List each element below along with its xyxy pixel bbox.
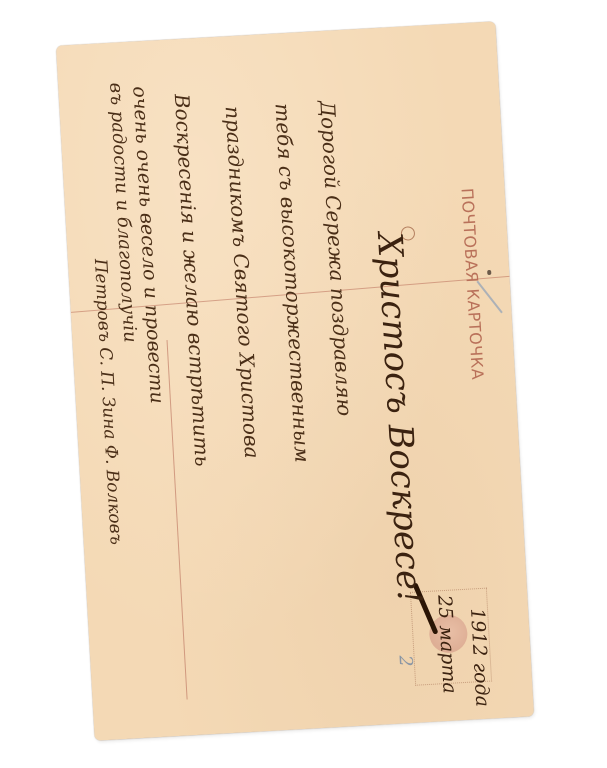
postcard-heading: ПОЧТОВАЯ КАРТОЧКА	[458, 188, 488, 381]
message-line: праздникомъ Святого Христова	[221, 105, 265, 459]
address-line	[167, 340, 188, 699]
postcard-back: ПОЧТОВАЯ КАРТОЧКА 1912 года 25 марта 2 Х…	[56, 21, 534, 740]
message-line: Воскресенія и желаю встрѣтить	[170, 93, 215, 467]
message-line: тебя съ высокоторжественным	[270, 103, 314, 464]
postcard-face: ПОЧТОВАЯ КАРТОЧКА 1912 года 25 марта 2 Х…	[56, 21, 534, 740]
pin-hole	[487, 270, 491, 275]
pencil-note: 2	[394, 655, 416, 668]
message-greeting: Христосъ Воскресе!	[369, 231, 430, 604]
message-line: Дорогой Сережа поздравляю	[315, 100, 357, 417]
date-year: 1912 года	[466, 608, 493, 708]
